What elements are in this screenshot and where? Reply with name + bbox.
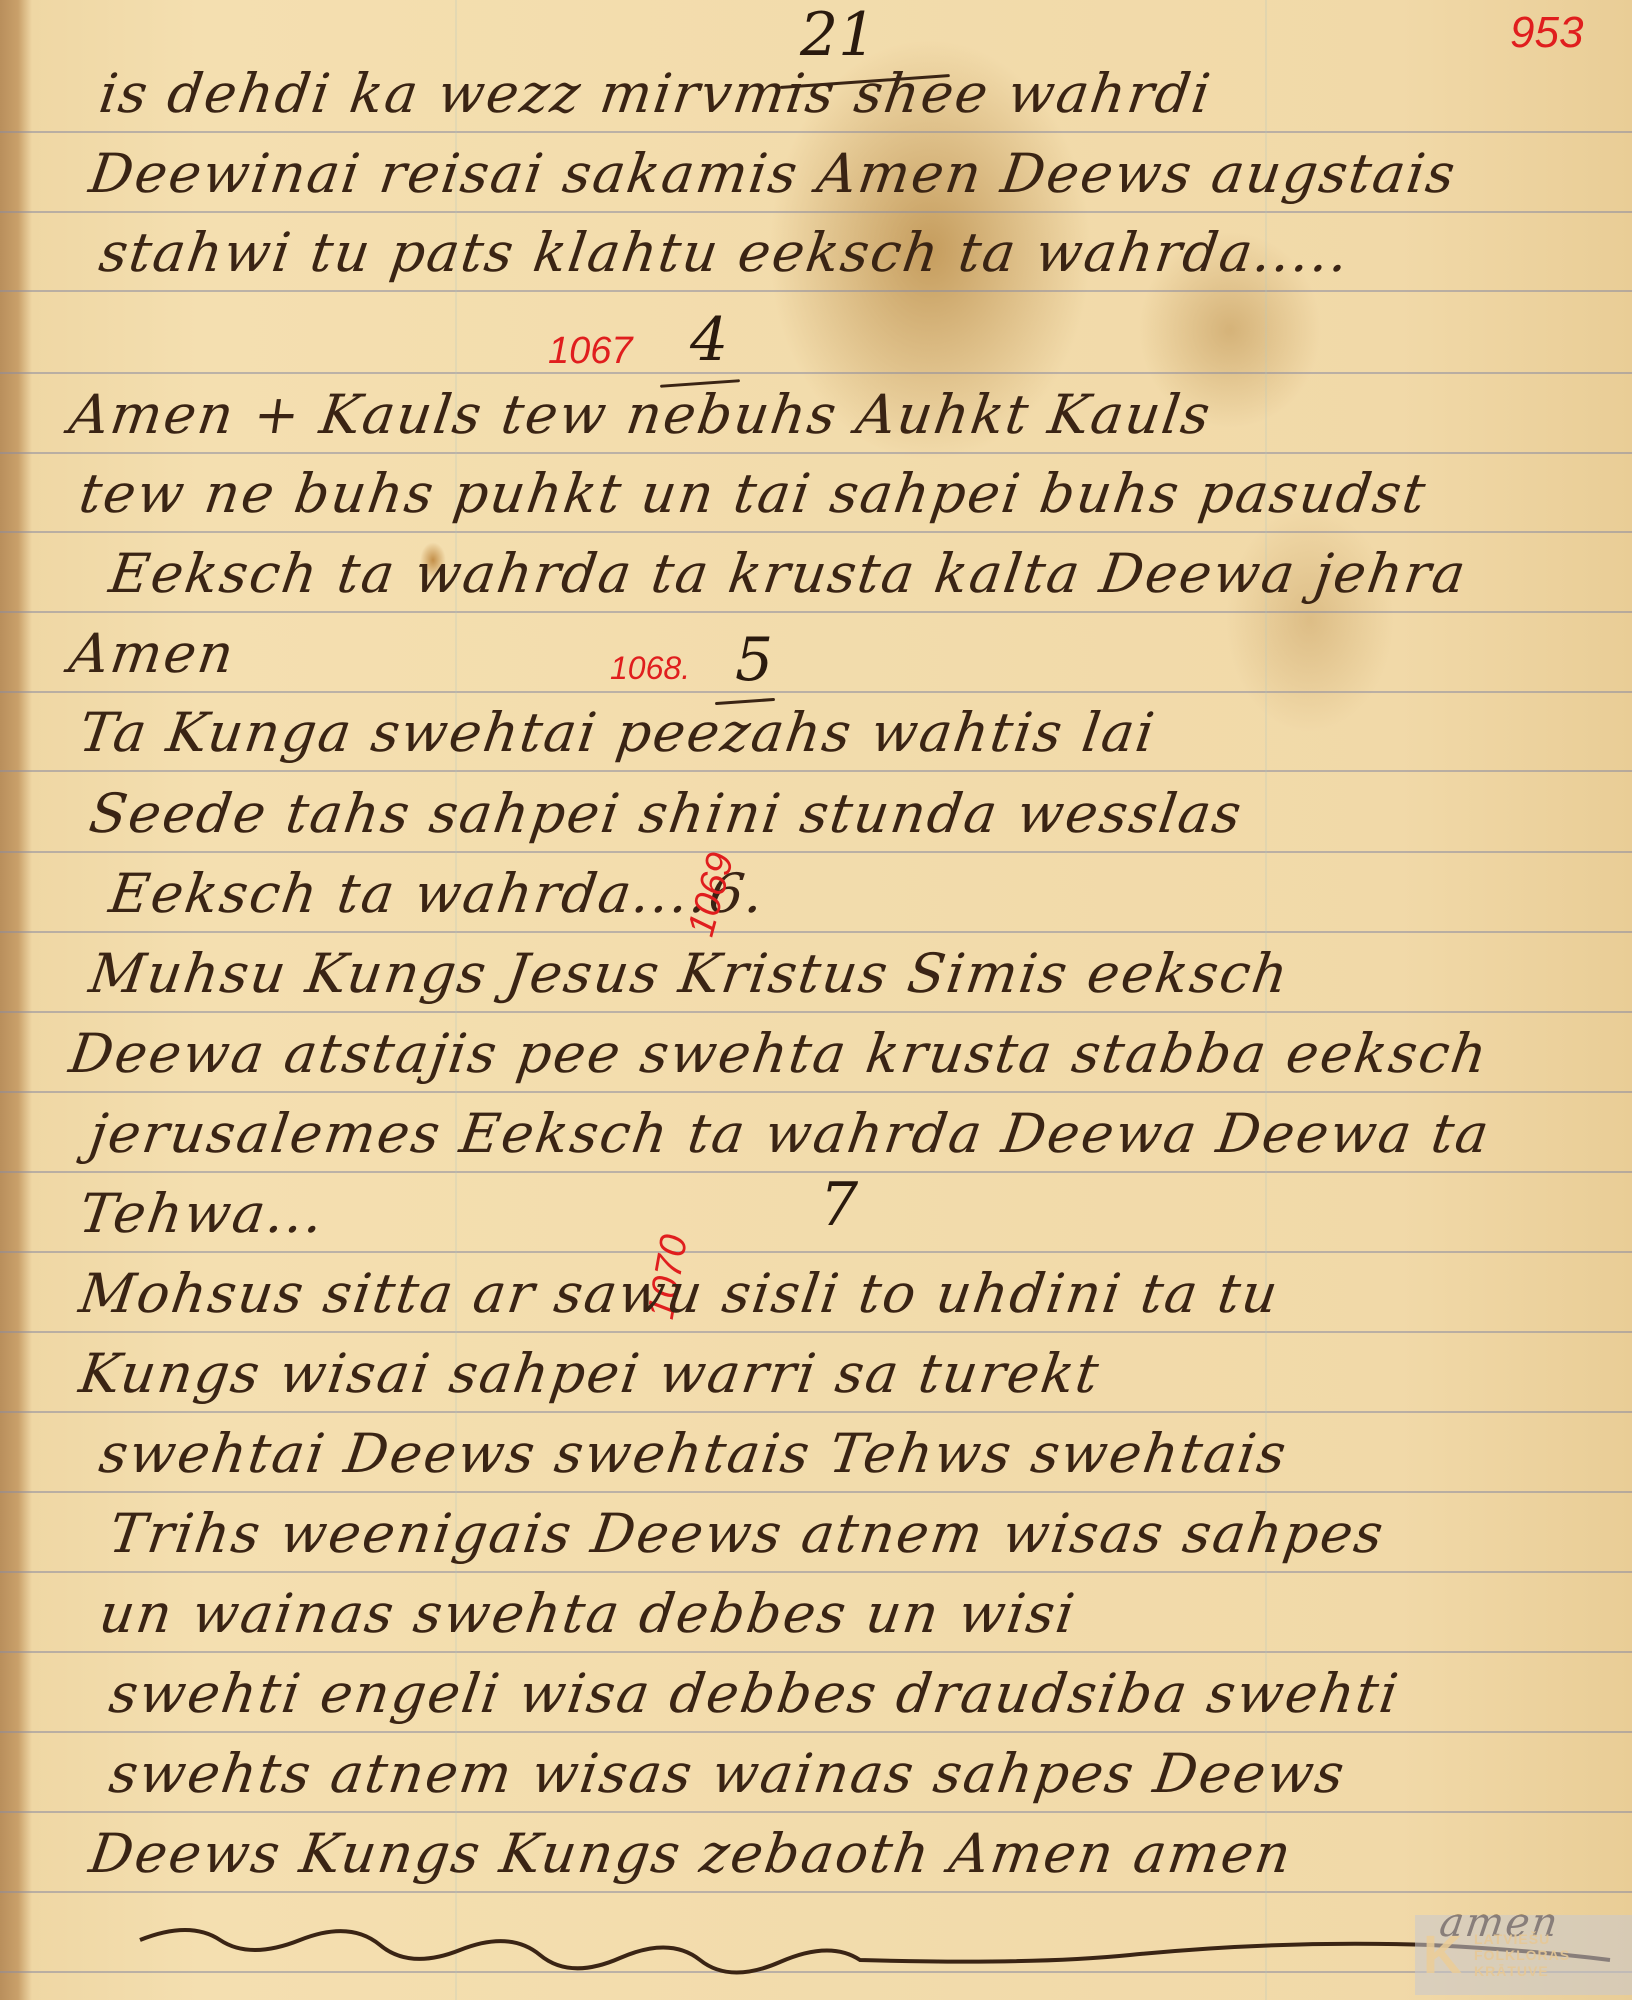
text-line: stahwi tu pats klahtu eeksch ta wahrda..… — [96, 221, 1355, 284]
text-line: swehtai Deews swehtais Tehws swehtais — [96, 1422, 1292, 1485]
ruled-line — [0, 1091, 1632, 1093]
text-line: Muhsu Kungs Jesus Kristus Simis eeksch — [86, 942, 1294, 1005]
folio-number: 953 — [1510, 8, 1583, 58]
text-line: Mohsus sitta ar sawu sisli to uhdini ta … — [76, 1262, 1284, 1325]
ruled-line — [0, 131, 1632, 133]
section-number-4: 4 — [690, 305, 728, 375]
text-line: swehti engeli wisa debbes draudsiba sweh… — [106, 1662, 1404, 1725]
ruled-line — [0, 1651, 1632, 1653]
text-line: jerusalemes Eeksch ta wahrda Deewa Deewa… — [86, 1102, 1495, 1165]
text-line: Eeksch ta wahrda....6. — [106, 862, 770, 925]
ruled-line — [0, 372, 1632, 374]
ruled-line — [0, 1571, 1632, 1573]
ruled-line — [0, 1811, 1632, 1813]
ruled-line — [0, 611, 1632, 613]
ruled-line — [0, 1331, 1632, 1333]
ruled-line — [0, 851, 1632, 853]
section-number-5: 5 — [735, 625, 773, 695]
text-line: Kungs wisai sahpei warri sa turekt — [76, 1342, 1105, 1405]
text-line: tew ne buhs puhkt un tai sahpei buhs pas… — [76, 462, 1431, 525]
watermark-text: LATVIEŠU FOLKLORAS KRĀTUVE — [1474, 1931, 1570, 1979]
text-line: Seede tahs sahpei shini stunda wesslas — [86, 782, 1247, 845]
text-line: Ta Kunga swehtai peezahs wahtis lai — [76, 701, 1160, 764]
closing-flourish-icon — [130, 1900, 1630, 1980]
ruled-line — [0, 1011, 1632, 1013]
text-line: Tehwa... — [76, 1182, 329, 1245]
red-annotation-1067: 1067 — [548, 330, 633, 373]
text-line: is dehdi ka wezz mirvmis shee wahrdi — [96, 62, 1216, 125]
text-line: Deews Kungs Kungs zebaoth Amen amen — [86, 1822, 1297, 1885]
red-annotation-1068: 1068. — [610, 650, 690, 687]
manuscript-page: 21 953 is dehdi ka wezz mirvmis shee wah… — [0, 0, 1632, 2000]
ruled-line — [0, 290, 1632, 292]
archive-logo-icon: K — [1423, 1924, 1462, 1986]
archive-watermark: K LATVIEŠU FOLKLORAS KRĀTUVE — [1415, 1915, 1635, 1995]
ruled-line — [0, 211, 1632, 213]
text-line: Amen — [66, 622, 240, 685]
text-line: swehts atnem wisas wainas sahpes Deews — [106, 1742, 1350, 1805]
ruled-line — [0, 1411, 1632, 1413]
page-heading: 21 — [800, 0, 876, 70]
text-line: Eeksch ta wahrda ta krusta kalta Deewa j… — [106, 542, 1472, 605]
ruled-line — [0, 1891, 1632, 1893]
ruled-line — [0, 452, 1632, 454]
ruled-line — [0, 931, 1632, 933]
text-line: Trihs weenigais Deews atnem wisas sahpes — [106, 1502, 1389, 1565]
text-line: Amen + Kauls tew nebuhs Auhkt Kauls — [66, 383, 1216, 446]
ruled-line — [0, 691, 1632, 693]
ruled-line — [0, 1731, 1632, 1733]
ruled-line — [0, 1491, 1632, 1493]
ruled-line — [0, 1251, 1632, 1253]
ruled-line — [0, 770, 1632, 772]
text-line: Deewa atstajis pee swehta krusta stabba … — [66, 1022, 1493, 1085]
text-line: Deewinai reisai sakamis Amen Deews augst… — [86, 142, 1461, 205]
ruled-line — [0, 531, 1632, 533]
scan-border — [1632, 0, 1642, 2000]
ruled-line — [0, 1171, 1632, 1173]
section-number-7: 7 — [820, 1170, 858, 1240]
text-line: un wainas swehta debbes un wisi — [96, 1582, 1081, 1645]
